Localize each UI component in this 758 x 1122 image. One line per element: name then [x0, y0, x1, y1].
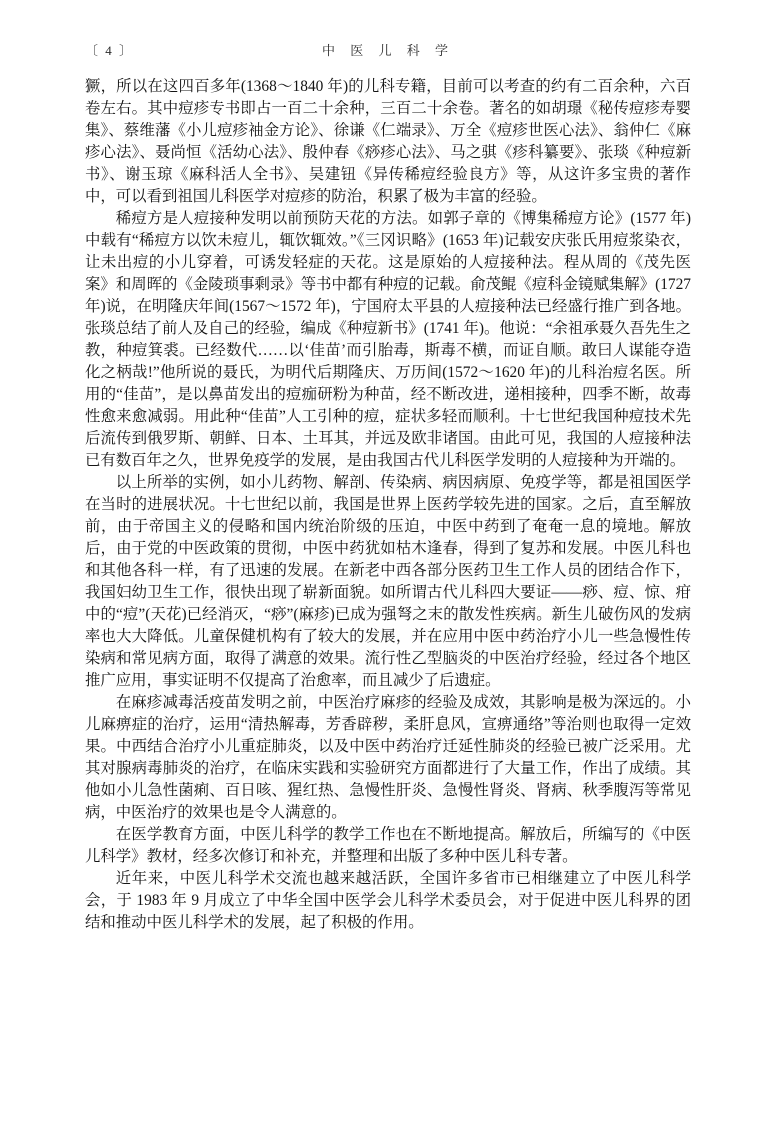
- paragraph-medical-education: 在医学教育方面，中医儿科学的教学工作也在不断地提高。解放后，所编写的《中医儿科学…: [85, 824, 691, 868]
- paragraph-continuation: 獗，所以在这四百多年(1368～1840 年)的儿科专籍，目前可以考查的约有二百…: [85, 76, 691, 208]
- paragraph-xitoufang: 稀痘方是人痘接种发明以前预防天花的方法。如郭子章的《博集稀痘方论》(1577 年…: [85, 208, 691, 472]
- paragraph-progress-overview: 以上所举的实例，如小儿药物、解剖、传染病、病因病原、免疫学等，都是祖国医学在当时…: [85, 472, 691, 692]
- body-text: 獗，所以在这四百多年(1368～1840 年)的儿科专籍，目前可以考查的约有二百…: [85, 76, 691, 934]
- running-title: 中 医 儿 科 学: [85, 40, 691, 59]
- paragraph-recent-years: 近年来，中医儿科学术交流也越来越活跃，全国许多省市已相继建立了中医儿科学会，于 …: [85, 868, 691, 934]
- running-header: 〔 4 〕 中 医 儿 科 学: [85, 40, 691, 58]
- scanned-book-page: 〔 4 〕 中 医 儿 科 学 獗，所以在这四百多年(1368～1840 年)的…: [0, 0, 758, 1122]
- paragraph-measles-treatment: 在麻疹减毒活疫苗发明之前，中医治疗麻疹的经验及成效，其影响是极为深远的。小儿麻痹…: [85, 692, 691, 824]
